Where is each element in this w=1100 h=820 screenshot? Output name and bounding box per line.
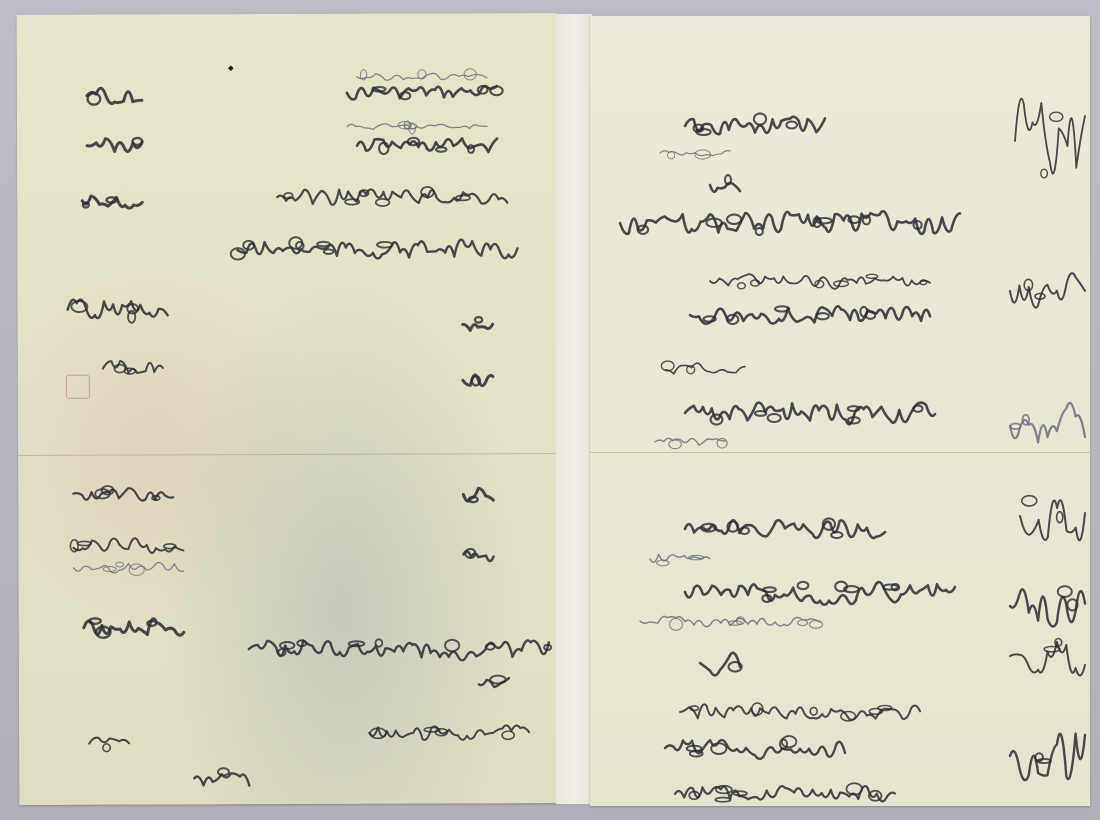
brush-stroke-line [73, 534, 183, 560]
brush-stroke-line [710, 271, 930, 291]
brush-stroke-line [660, 148, 730, 158]
brush-stroke-line [74, 559, 184, 575]
spine-strip [556, 14, 592, 804]
brush-stroke-line [685, 576, 955, 608]
brush-stroke-line [1020, 476, 1085, 556]
fold-line [18, 453, 558, 456]
brush-stroke-line [249, 633, 549, 664]
brush-stroke-line [685, 396, 935, 430]
brush-stroke-line [463, 369, 493, 391]
brush-stroke-line [89, 735, 129, 753]
brush-stroke-line [710, 174, 740, 196]
brush-stroke-line [87, 133, 142, 159]
brush-stroke-line [700, 646, 740, 680]
left-page [17, 13, 560, 805]
brush-stroke-line [1010, 626, 1085, 686]
right-page [590, 16, 1090, 806]
brush-stroke-line [1015, 76, 1085, 206]
brush-stroke-line [685, 516, 885, 542]
brush-stroke-line [357, 133, 497, 157]
brush-stroke-line [347, 81, 497, 104]
brush-stroke-line [655, 436, 725, 448]
brush-stroke-line [84, 612, 184, 642]
brush-stroke-line [357, 71, 487, 81]
brush-stroke-line [369, 721, 529, 744]
brush-stroke-line [73, 482, 173, 504]
brush-stroke-line [82, 187, 142, 215]
brush-stroke-line [675, 782, 895, 806]
red-seal-stamp [66, 375, 90, 399]
brush-stroke-line [685, 111, 825, 141]
brush-stroke-line [463, 543, 493, 565]
brush-stroke-line [277, 183, 507, 210]
brush-stroke-line [640, 613, 820, 629]
brush-stroke-line [479, 673, 509, 695]
brush-stroke-line [237, 235, 517, 264]
ink-dot [228, 65, 234, 71]
brush-stroke-line [650, 551, 710, 567]
brush-stroke-line [463, 483, 493, 505]
brush-stroke-line [1010, 716, 1085, 796]
brush-stroke-line [665, 361, 745, 379]
brush-stroke-line [1010, 396, 1085, 456]
brush-stroke-line [665, 734, 845, 762]
brush-stroke-line [347, 121, 487, 131]
brush-stroke-line [463, 313, 493, 335]
brush-stroke-line [680, 700, 920, 724]
brush-stroke-line [620, 206, 960, 240]
brush-stroke-line [87, 83, 142, 109]
brush-stroke-line [690, 301, 930, 329]
brush-stroke-line [103, 354, 163, 382]
brush-stroke-line [68, 294, 168, 324]
brush-stroke-line [1010, 266, 1085, 316]
brush-stroke-line [194, 764, 249, 792]
